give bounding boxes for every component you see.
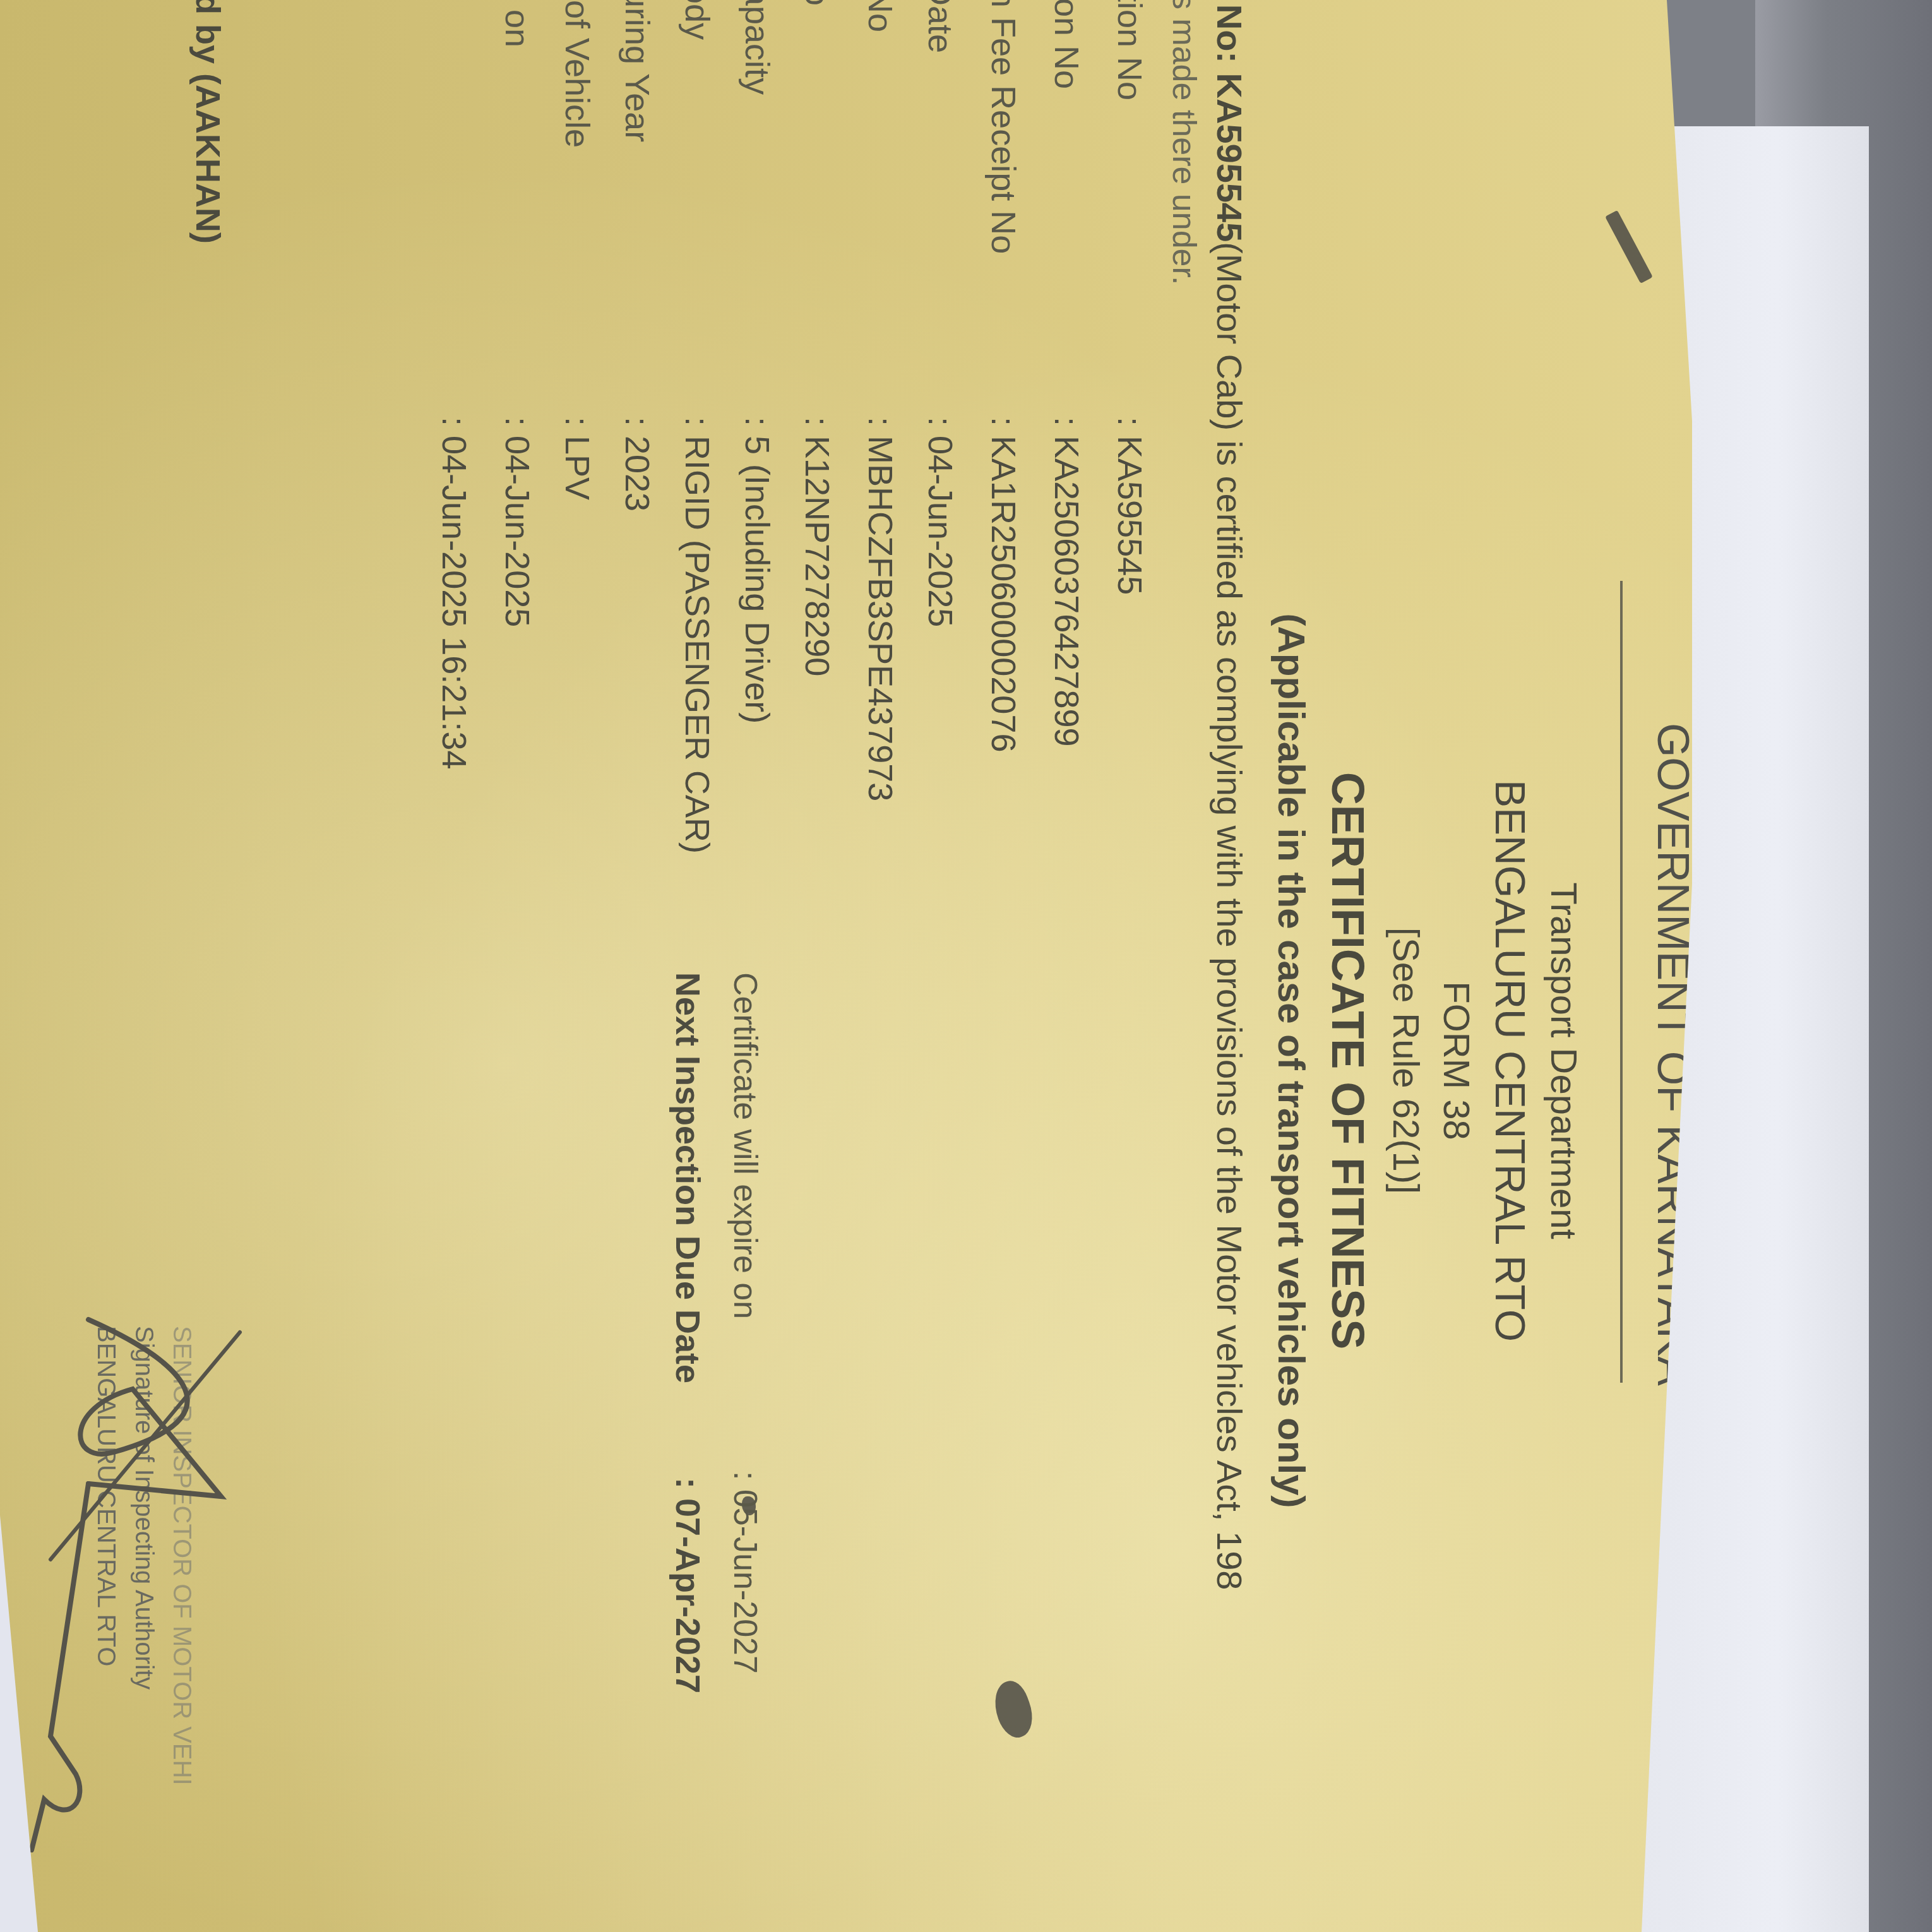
field-label: t Date xyxy=(921,0,960,53)
field-label: ration No xyxy=(1110,0,1149,100)
next-inspection-value: 07-Apr-2027 xyxy=(668,1477,707,1693)
field-label: Body xyxy=(677,0,717,40)
certification-statement: e No: KA595545(Motor Cab) is certified a… xyxy=(1209,0,1250,1590)
next-inspection-due: Next Inspection Due Date 07-Apr-2027 xyxy=(668,972,707,1383)
rule-reference: [See Rule 62(1)] xyxy=(1385,745,1427,1376)
expiry-value: 05-Jun-2027 xyxy=(726,1471,764,1674)
certification-text: (Motor Cab) is certified as complying wi… xyxy=(1210,242,1249,1590)
vehicle-number: KA595545 xyxy=(1210,73,1249,242)
fitness-certificate-sheet: GOVERNMENT OF KARNATAKA Transport Depart… xyxy=(0,0,1692,1932)
field-value: 04-Jun-2025 xyxy=(498,417,537,627)
vehicle-prefix: e No: xyxy=(1210,0,1249,73)
field-label: ry of Vehicle xyxy=(558,0,597,148)
field-value: 2023 xyxy=(617,417,657,511)
field-label: ion Fee Receipt No xyxy=(984,0,1023,254)
issued-by: ed by (AAKHAN) xyxy=(188,0,227,244)
certificate-content: GOVERNMENT OF KARNATAKA Transport Depart… xyxy=(0,0,1705,1932)
field-value: MBHCZFB3SPE437973 xyxy=(861,417,900,801)
field-label: No xyxy=(797,0,837,6)
applicability-note: (Applicable in the case of transport veh… xyxy=(1270,492,1313,1629)
department-heading: Transport Department xyxy=(1542,745,1585,1376)
certificate-expiry: Certificate will expire on 05-Jun-2027 xyxy=(726,972,764,1319)
handwritten-signature xyxy=(13,1294,278,1863)
field-value: KA595545 xyxy=(1110,417,1149,595)
field-value: 04-Jun-2025 xyxy=(921,417,960,627)
field-label: Capacity xyxy=(737,0,777,95)
field-value: 5 (Including Driver) xyxy=(737,417,777,724)
field-value: LPV xyxy=(558,417,597,500)
expiry-label: Certificate will expire on xyxy=(727,972,763,1319)
form-number: FORM 38 xyxy=(1435,745,1477,1376)
field-value: RIGID (PASSENGER CAR) xyxy=(677,417,717,854)
field-label: ation No xyxy=(1047,0,1086,89)
office-heading: BENGALURU CENTRAL RTO xyxy=(1486,682,1534,1440)
field-value: 04-Jun-2025 16:21:34 xyxy=(434,417,474,769)
field-value: KA25060376427899 xyxy=(1047,417,1086,747)
certificate-title: CERTIFICATE OF FITNESS xyxy=(1321,682,1373,1440)
field-value: K12NP7278290 xyxy=(797,417,837,676)
field-label: s No xyxy=(861,0,900,32)
field-label: ed on xyxy=(498,0,537,47)
field-label: cturing Year xyxy=(617,0,657,142)
certification-continuation: es made there under. xyxy=(1165,0,1203,285)
field-value: KA1R250600002076 xyxy=(984,417,1023,752)
header-rule xyxy=(1620,581,1623,1383)
next-inspection-label: Next Inspection Due Date xyxy=(669,972,707,1383)
